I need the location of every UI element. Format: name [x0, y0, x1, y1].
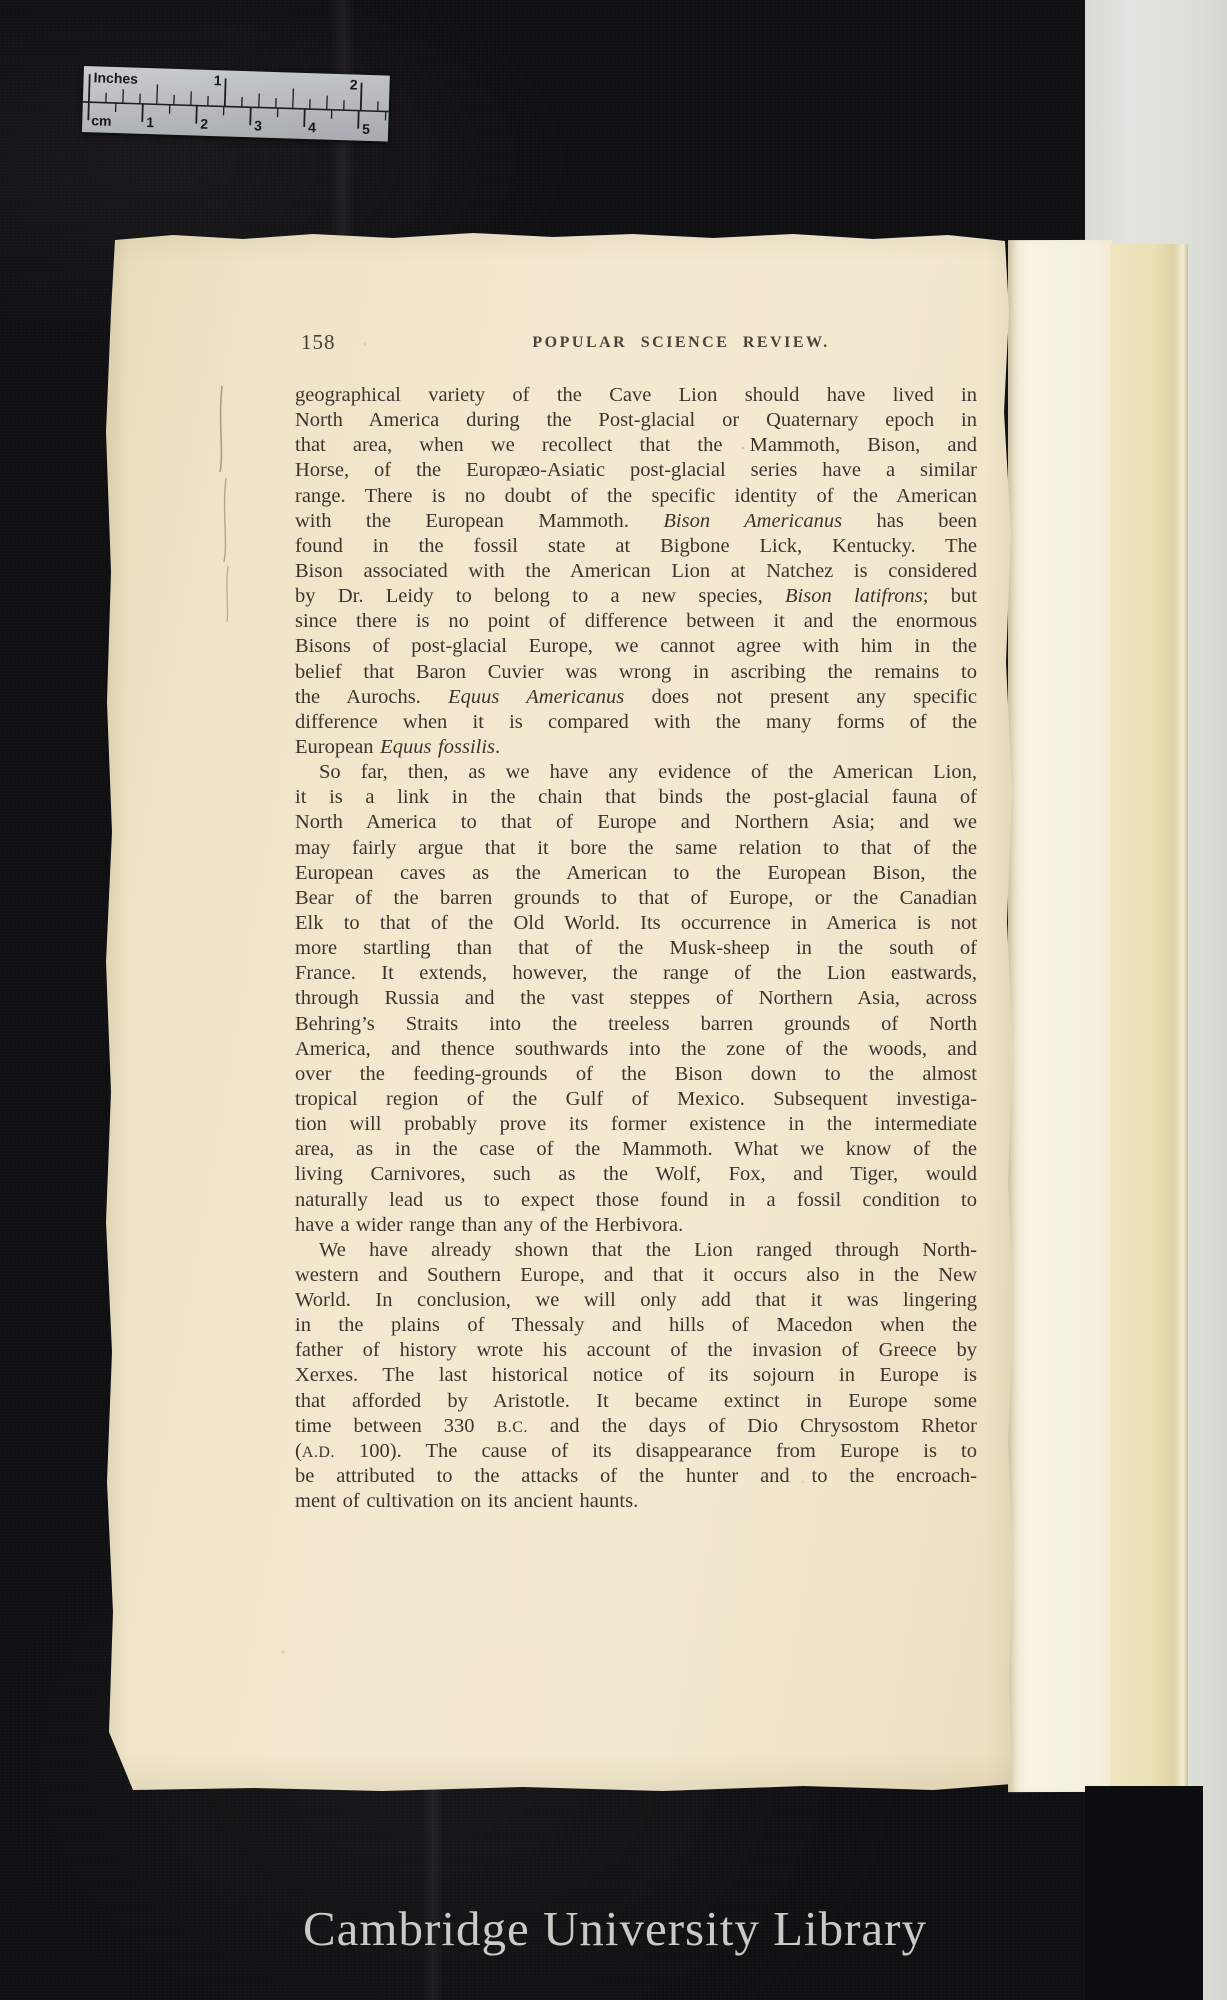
- text-line: European Equus fossilis.: [295, 736, 977, 761]
- text-line: the Aurochs. Equus Americanus does not p…: [295, 686, 977, 711]
- text-line: through Russia and the vast steppes of N…: [295, 987, 977, 1012]
- text-line: that afforded by Aristotle. It became ex…: [295, 1390, 977, 1415]
- text-line: tropical region of the Gulf of Mexico. S…: [295, 1088, 977, 1113]
- text-line: So far, then, as we have any evidence of…: [295, 761, 977, 786]
- text-line: Horse, of the Europæo-Asiatic post-glaci…: [295, 459, 977, 484]
- text-line: with the European Mammoth. Bison America…: [295, 510, 977, 535]
- text-line: difference when it is compared with the …: [295, 711, 977, 736]
- velvet-seam: [422, 1788, 444, 2000]
- text-line: have a wider range than any of the Herbi…: [295, 1214, 977, 1239]
- text-line: World. In conclusion, we will only add t…: [295, 1289, 977, 1314]
- text-line: tion will probably prove its former exis…: [295, 1113, 977, 1138]
- text-line: France. It extends, however, the range o…: [295, 962, 977, 987]
- book-fore-edge: [1110, 244, 1188, 1790]
- scale-ruler: Inches cm 1 2 1 2 3 4 5: [82, 66, 390, 142]
- text-line: more startling than that of the Musk-she…: [295, 937, 977, 962]
- text-line: that area, when we recollect that the Ma…: [295, 434, 977, 459]
- text-line: area, as in the case of the Mammoth. Wha…: [295, 1138, 977, 1163]
- gutter-pencil-marks: [215, 382, 237, 627]
- text-line: be attributed to the attacks of the hunt…: [295, 1465, 977, 1490]
- text-line: range. There is no doubt of the specific…: [295, 485, 977, 510]
- text-line: European caves as the American to the Eu…: [295, 862, 977, 887]
- page-number: 158: [301, 330, 336, 355]
- library-scan-photo: 158 POPULAR SCIENCE REVIEW. geographical…: [0, 0, 1227, 2000]
- text-line: (A.D. 100). The cause of its disappearan…: [295, 1440, 977, 1465]
- ruler-inch-number-1: 1: [205, 72, 221, 88]
- text-line: western and Southern Europe, and that it…: [295, 1264, 977, 1289]
- text-line: We have already shown that the Lion rang…: [295, 1239, 977, 1264]
- ruler-cm-label: cm: [91, 112, 112, 129]
- text-line: geographical variety of the Cave Lion sh…: [295, 384, 977, 409]
- text-line: naturally lead us to expect those found …: [295, 1189, 977, 1214]
- text-line: Elk to that of the Old World. Its occurr…: [295, 912, 977, 937]
- text-line: Xerxes. The last historical notice of it…: [295, 1364, 977, 1389]
- book-page: 158 POPULAR SCIENCE REVIEW. geographical…: [103, 232, 1017, 1792]
- text-line: in the plains of Thessaly and hills of M…: [295, 1314, 977, 1339]
- text-line: by Dr. Leidy to belong to a new species,…: [295, 585, 977, 610]
- text-line: North America to that of Europe and Nort…: [295, 811, 977, 836]
- text-line: Bear of the barren grounds to that of Eu…: [295, 887, 977, 912]
- text-line: ment of cultivation on its ancient haunt…: [295, 1490, 977, 1515]
- next-page-edge: [1008, 240, 1112, 1792]
- ruler-cm-number-4: 4: [308, 119, 324, 135]
- library-watermark: Cambridge University Library: [0, 1900, 1227, 1957]
- ruler-inches-label: Inches: [93, 69, 138, 86]
- ruler-cm-number-3: 3: [254, 117, 270, 133]
- text-line: time between 330 B.C. and the days of Di…: [295, 1415, 977, 1440]
- ruler-cm-number-1: 1: [146, 114, 162, 130]
- text-line: Bison associated with the American Lion …: [295, 560, 977, 585]
- text-line: Bisons of post-glacial Europe, we cannot…: [295, 635, 977, 660]
- text-line: since there is no point of difference be…: [295, 610, 977, 635]
- text-line: America, and thence southwards into the …: [295, 1038, 977, 1063]
- journal-title: POPULAR SCIENCE REVIEW.: [385, 334, 977, 352]
- ruler-cm-number-2: 2: [200, 116, 216, 132]
- text-line: belief that Baron Cuvier was wrong in as…: [295, 661, 977, 686]
- text-line: Behring’s Straits into the treeless barr…: [295, 1013, 977, 1038]
- page-body-text: geographical variety of the Cave Lion sh…: [295, 384, 977, 1515]
- text-line: over the feeding-grounds of the Bison do…: [295, 1063, 977, 1088]
- text-line: living Carnivores, such as the Wolf, Fox…: [295, 1163, 977, 1188]
- text-line: found in the fossil state at Bigbone Lic…: [295, 535, 977, 560]
- ruler-inch-number-2: 2: [341, 76, 357, 92]
- text-line: it is a link in the chain that binds the…: [295, 786, 977, 811]
- running-head: 158 POPULAR SCIENCE REVIEW.: [295, 328, 977, 358]
- text-line: father of history wrote his account of t…: [295, 1339, 977, 1364]
- text-line: may fairly argue that it bore the same r…: [295, 837, 977, 862]
- ruler-cm-number-5: 5: [362, 121, 378, 137]
- text-line: North America during the Post-glacial or…: [295, 409, 977, 434]
- velvet-cloth-corner: [1085, 1786, 1203, 2000]
